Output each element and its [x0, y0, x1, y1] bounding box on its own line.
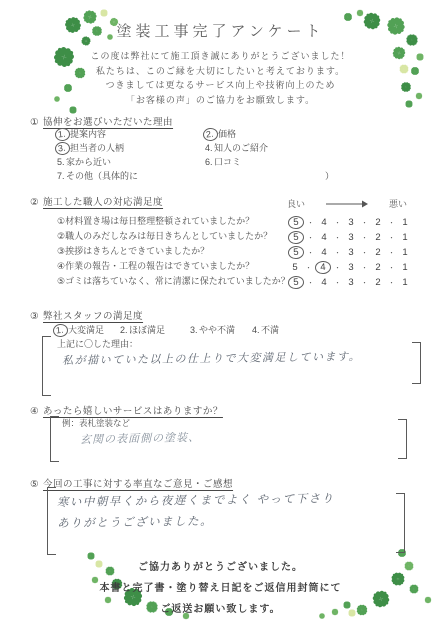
example-label: 例：表札塗装など [62, 417, 130, 429]
bracket-left [50, 416, 59, 462]
section1-number: ① [30, 117, 39, 128]
bracket-right [398, 419, 407, 459]
section4-heading: ④あったら嬉しいサービスはありますか？ [30, 403, 223, 417]
option-dissatisfied: 4.不満 [252, 323, 279, 336]
option-proposal: 1.提案内容 [57, 127, 106, 141]
bracket-left [47, 487, 56, 555]
rating-scale-header: 良い 悪い [287, 197, 407, 210]
question-cleanliness: ⑤ゴミは落ちていなく、常に清潔に保たれていましたか？ [57, 274, 290, 287]
scale-bad-label: 悪い [389, 197, 407, 210]
section2-heading: ②施工した職人の対応満足度 [30, 194, 163, 208]
rating-row: 5・4・3・2・1 [288, 272, 412, 290]
footer-note: ご協力ありがとうございました。 本書と完了書・塗り替え日記をご返信用封筒にて ご… [0, 557, 441, 620]
option-word-of-mouth: 6.口コミ [205, 155, 241, 168]
section3-number: ③ [30, 311, 39, 322]
option-personality: 3.担当者の人柄 [57, 141, 124, 155]
intro-line: つきましては更なるサービス向上や技術向上のため [0, 78, 441, 93]
survey-document: 塗装工事完了アンケート この度は弊社にて施工頂き誠にありがとうございました！ 私… [0, 0, 441, 623]
section1-heading: ①協伸をお選びいただいた理由 [30, 114, 173, 128]
option-referral: 4.知人のご紹介 [205, 141, 268, 154]
question-worker-grooming: ②職人のみだしなみは毎日きちんとしていましたか？ [57, 229, 272, 242]
option-near-home: 5.家から近い [57, 155, 111, 168]
intro-text: この度は弊社にて施工頂き誠にありがとうございました！ 私たちは、このご縁を大切に… [0, 49, 441, 107]
bracket-left [42, 336, 51, 396]
section2-number: ② [30, 197, 39, 208]
page-title: 塗装工事完了アンケート [0, 20, 441, 41]
intro-line: 「お客様の声」のご協力をお願致します。 [0, 93, 441, 108]
question-material-storage: ①材料置き場は毎日整理整頓されていましたか？ [57, 214, 254, 227]
reason-label: 上記に〇した理由： [57, 337, 138, 350]
section4-number: ④ [30, 406, 39, 417]
section5-number: ⑤ [30, 479, 39, 490]
intro-line: この度は弊社にて施工頂き誠にありがとうございました！ [0, 49, 441, 64]
option-very-satisfied: 1.大変満足 [55, 323, 104, 337]
option-other-close-paren: ） [325, 169, 334, 182]
bracket-right [412, 342, 421, 384]
question-work-reports: ④作業の報告・工程の報告はできていましたか？ [57, 259, 254, 272]
handwritten-service-request: 玄関の表面側の塗装、 [80, 429, 200, 448]
question-greetings: ③挨拶はきちんとできていましたか？ [57, 244, 209, 257]
bracket-right [396, 493, 405, 553]
option-other: 7.その他（具体的に [57, 169, 138, 182]
good-to-bad-arrow-icon [326, 200, 368, 208]
option-somewhat-dissatisfied: 3.やや不満 [190, 323, 235, 336]
option-price: 2.価格 [205, 127, 236, 141]
section3-heading: ③弊社スタッフの満足度 [30, 308, 143, 322]
intro-line: 私たちは、このご縁を大切にしたいと考えております。 [0, 64, 441, 79]
section5-heading: ⑤今回の工事に対する率直なご意見・ご感想 [30, 476, 233, 490]
scale-good-label: 良い [287, 197, 305, 210]
handwritten-comment: 寒い中朝早くから夜遅くまでよく やって下さり ありがとうございました。 [57, 489, 335, 535]
option-mostly-satisfied: 2.ほぼ満足 [120, 323, 165, 336]
handwritten-reason: 私が描いていた以上の仕上りで大変満足しています。 [62, 348, 361, 368]
